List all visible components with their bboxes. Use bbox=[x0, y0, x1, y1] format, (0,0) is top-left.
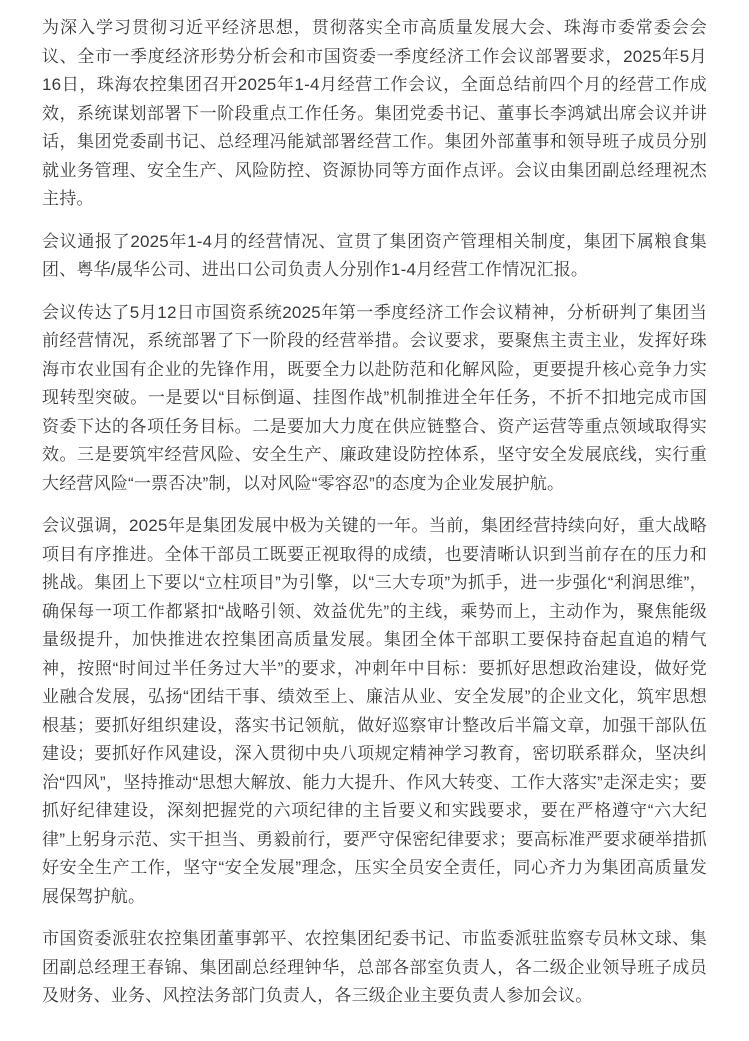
paragraph-requirements: 会议传达了5月12日市国资系统2025年第一季度经济工作会议精神，分析研判了集团… bbox=[42, 299, 707, 499]
paragraph-emphasis: 会议强调，2025年是集团发展中极为关键的一年。当前，集团经营持续向好，重大战略… bbox=[42, 512, 707, 911]
article-page: 为深入学习贯彻习近平经济思想，贯彻落实全市高质量发展大会、珠海市委常委会会议、全… bbox=[0, 0, 749, 1041]
paragraph-briefing: 会议通报了2025年1-4月的经营情况、宣贯了集团资产管理相关制度，集团下属粮食… bbox=[42, 228, 707, 285]
paragraph-attendees: 市国资委派驻农控集团董事郭平、农控集团纪委书记、市监委派驻监察专员林文球、集团副… bbox=[42, 925, 707, 1011]
paragraph-intro: 为深入学习贯彻习近平经济思想，贯彻落实全市高质量发展大会、珠海市委常委会会议、全… bbox=[42, 14, 707, 214]
